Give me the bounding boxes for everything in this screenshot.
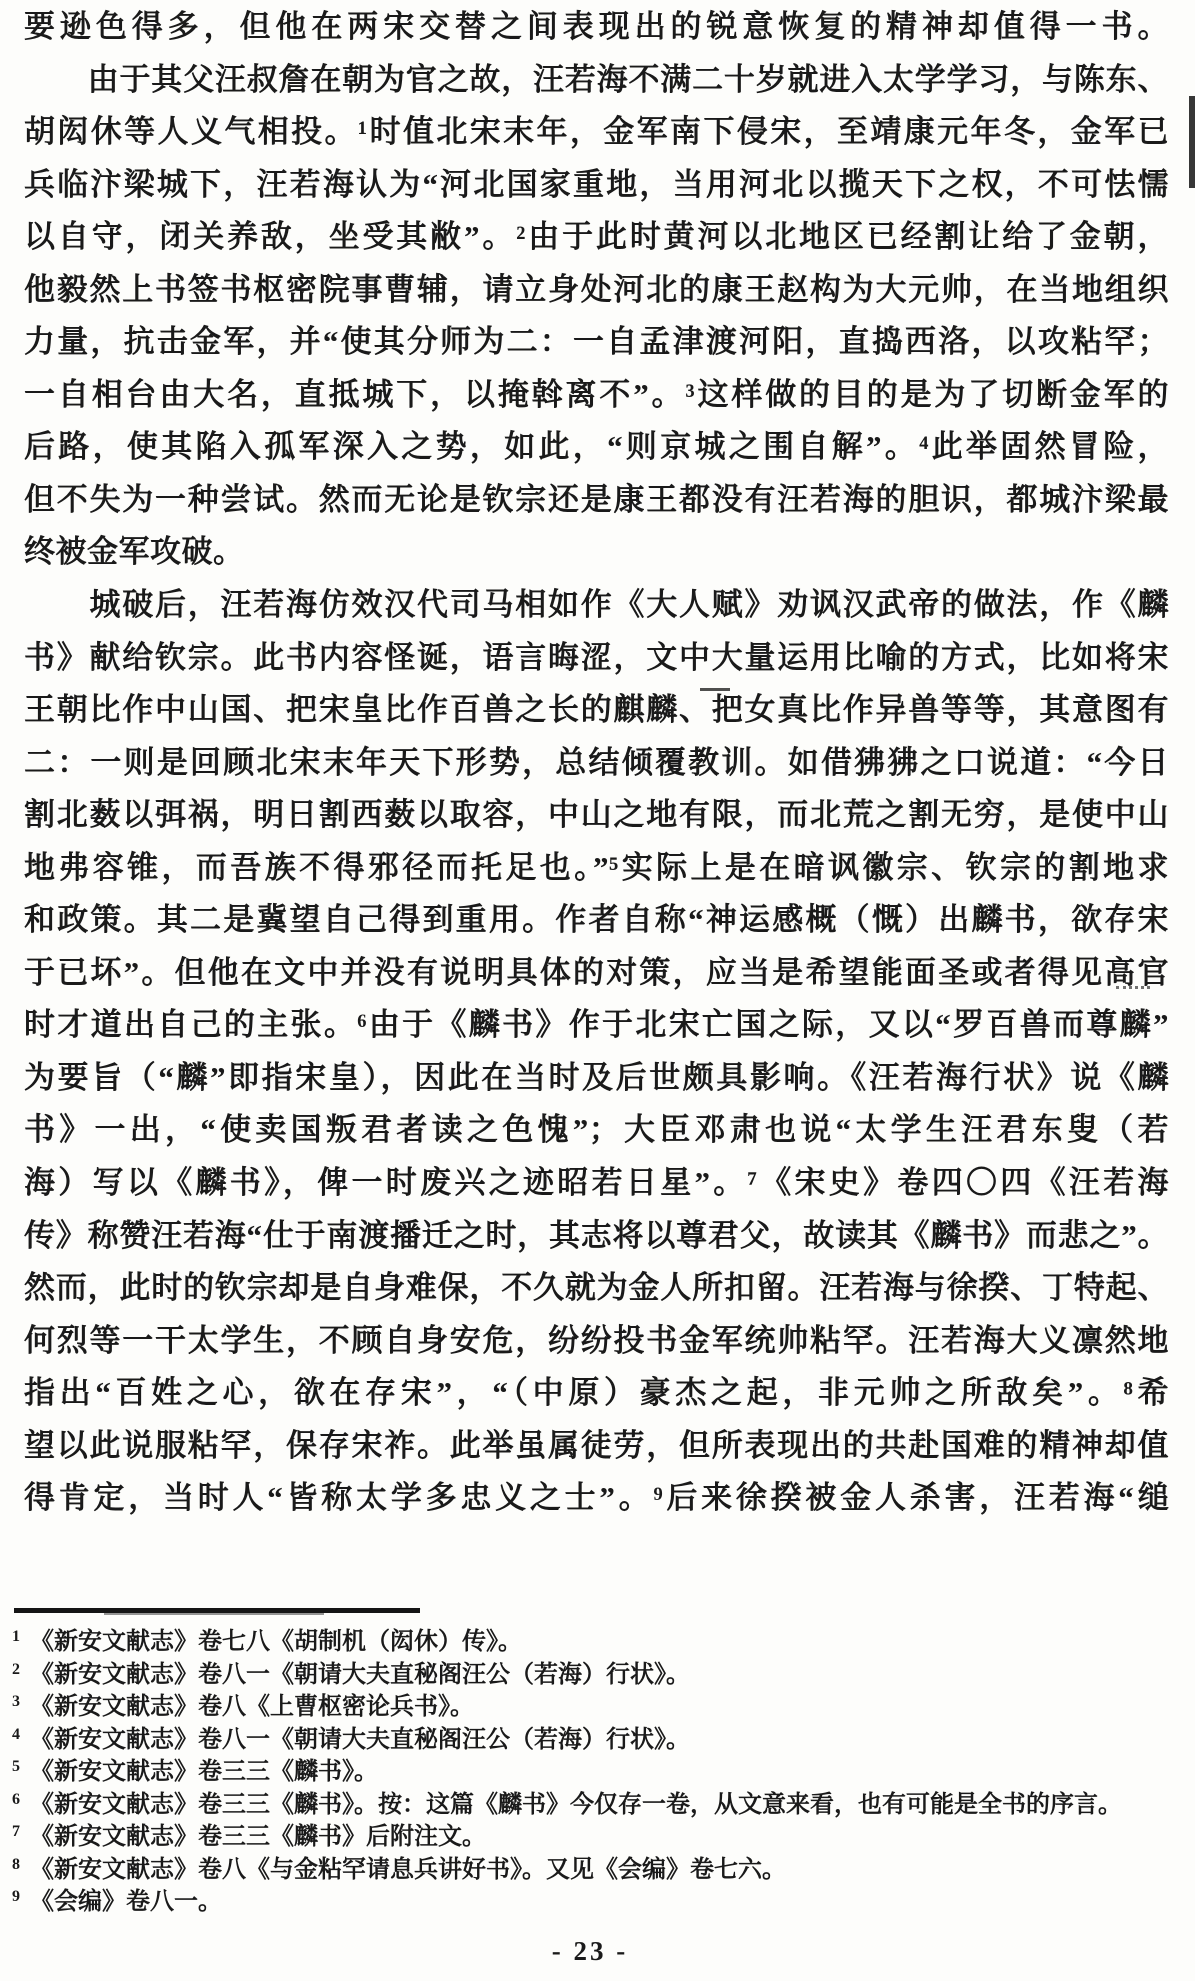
footnote-text: 《新安文献志》卷八一《朝请大夫直秘阁汪公（若海）行状》。 — [30, 1727, 690, 1753]
footnote-divider — [14, 1608, 420, 1613]
book-page: 要逊色得多，但他在两宋交替之间表现出的锐意恢复的精神却值得一书。 由于其父汪叔詹… — [0, 0, 1195, 1981]
footnote-item: 2《新安文献志》卷八一《朝请大夫直秘阁汪公（若海）行状》。 — [12, 1659, 1181, 1692]
text-line: 以自守，闭关养敌，坐受其敝”。²由于此时黄河以北地区已经割让给了金朝， — [24, 211, 1169, 264]
footnote-number: 5 — [12, 1756, 24, 1784]
footnote-text: 《新安文献志》卷三三《麟书》。按：这篇《麟书》今仅存一卷，从文意来看，也有可能是… — [30, 1792, 1122, 1818]
footnote-item: 5《新安文献志》卷三三《麟书》。 — [12, 1756, 1181, 1789]
text-line: 二：一则是回顾北宋末年天下形势，总结倾覆教训。如借狒狒之口说道：“今日 — [24, 737, 1169, 790]
text-line: 于已坏”。但他在文中并没有说明具体的对策，应当是希望能面圣或者得见高官 — [24, 947, 1169, 1000]
text-line: 要逊色得多，但他在两宋交替之间表现出的锐意恢复的精神却值得一书。 — [24, 1, 1169, 54]
footnote-text: 《新安文献志》卷三三《麟书》后附注文。 — [30, 1824, 486, 1850]
footnote-text: 《新安文献志》卷八《与金粘罕请息兵讲好书》。又见《会编》卷七六。 — [30, 1857, 786, 1883]
footnote-text: 《新安文献志》卷三三《麟书》。 — [30, 1759, 378, 1785]
text-line: 书》献给钦宗。此书内容怪诞，语言晦涩，文中大量运用比喻的方式，比如将宋 — [24, 632, 1169, 685]
footnote-text: 《新安文献志》卷八一《朝请大夫直秘阁汪公（若海）行状》。 — [30, 1662, 690, 1688]
text-line: 力量，抗击金军，并“使其分师为二：一自孟津渡河阳，直捣西洛，以攻粘罕； — [24, 316, 1169, 369]
text-line: 海）写以《麟书》，俾一时废兴之迹昭若日星”。⁷《宋史》卷四〇四《汪若海 — [24, 1157, 1169, 1210]
text-line: 他毅然上书签书枢密院事曹辅，请立身处河北的康王赵构为大元帅，在当地组织 — [24, 264, 1169, 317]
text-line: 为要旨（“麟”即指宋皇），因此在当时及后世颇具影响。《汪若海行状》说《麟 — [24, 1052, 1169, 1105]
scan-edge-artifact — [1189, 96, 1195, 188]
footnote-text: 《新安文献志》卷七八《胡制机（闳休）传》。 — [30, 1629, 522, 1655]
footnote-item: 7《新安文献志》卷三三《麟书》后附注文。 — [12, 1821, 1181, 1854]
footnote-item: 9《会编》卷八一。 — [12, 1886, 1181, 1919]
text-line: 和政策。其二是冀望自己得到重用。作者自称“神运感概（慨）出麟书，欲存宋 — [24, 894, 1169, 947]
text-line: 地弗容锥，而吾族不得邪径而托足也。”⁵实际上是在暗讽徽宗、钦宗的割地求 — [24, 842, 1169, 895]
footnote-number: 7 — [12, 1821, 24, 1849]
text-line: 书》一出，“使卖国叛君者读之色愧”；大臣邓肃也说“太学生汪君东叟（若 — [24, 1104, 1169, 1157]
footnote-number: 6 — [12, 1789, 24, 1817]
footnote-item: 6《新安文献志》卷三三《麟书》。按：这篇《麟书》今仅存一卷，从文意来看，也有可能… — [12, 1789, 1181, 1822]
footnote-item: 1《新安文献志》卷七八《胡制机（闳休）传》。 — [12, 1626, 1181, 1659]
scan-mark-artifact — [700, 688, 730, 691]
main-text: 要逊色得多，但他在两宋交替之间表现出的锐意恢复的精神却值得一书。 由于其父汪叔詹… — [24, 1, 1169, 1525]
text-line: 一自相台由大名，直抵城下，以掩斡离不”。³这样做的目的是为了切断金军的 — [24, 369, 1169, 422]
footnote-number: 8 — [12, 1854, 24, 1882]
text-line: 割北薮以弭祸，明日割西薮以取容，中山之地有限，而北荒之割无穷，是使中山 — [24, 789, 1169, 842]
page-number: - 23 - — [0, 1936, 1180, 1967]
footnote-item: 3《新安文献志》卷八《上曹枢密论兵书》。 — [12, 1691, 1181, 1724]
text-line: 但不失为一种尝试。然而无论是钦宗还是康王都没有汪若海的胆识，都城汴梁最 — [24, 474, 1169, 527]
text-line: 时才道出自己的主张。⁶由于《麟书》作于北宋亡国之际，又以“罗百兽而尊麟” — [24, 999, 1169, 1052]
text-line: 然而，此时的钦宗却是自身难保，不久就为金人所扣留。汪若海与徐揆、丁特起、 — [24, 1262, 1169, 1315]
text-line: 何烈等一干太学生，不顾自身安危，纷纷投书金军统帅粘罕。汪若海大义凛然地 — [24, 1315, 1169, 1368]
text-line: 胡闳休等人义气相投。¹时值北宋末年，金军南下侵宋，至靖康元年冬，金军已 — [24, 106, 1169, 159]
footnote-item: 8《新安文献志》卷八《与金粘罕请息兵讲好书》。又见《会编》卷七六。 — [12, 1854, 1181, 1887]
text-line: 兵临汴梁城下，汪若海认为“河北国家重地，当用河北以揽天下之权，不可怯懦 — [24, 159, 1169, 212]
footnote-text: 《会编》卷八一。 — [30, 1889, 222, 1915]
footnote-item: 4《新安文献志》卷八一《朝请大夫直秘阁汪公（若海）行状》。 — [12, 1724, 1181, 1757]
footnote-number: 4 — [12, 1724, 24, 1752]
text-line: 后路，使其陷入孤军深入之势，如此，“则京城之围自解”。⁴此举固然冒险， — [24, 421, 1169, 474]
text-line: 传》称赞汪若海“仕于南渡播迁之时，其志将以尊君父，故读其《麟书》而悲之”。 — [24, 1210, 1169, 1263]
footnote-number: 2 — [12, 1659, 24, 1687]
text-line: 望以此说服粘罕，保存宋祚。此举虽属徒劳，但所表现出的共赴国难的精神却值 — [24, 1420, 1169, 1473]
text-line: 城破后，汪若海仿效汉代司马相如作《大人赋》劝讽汉武帝的做法，作《麟 — [24, 579, 1169, 632]
footnote-number: 9 — [12, 1886, 24, 1914]
footnotes-section: 1《新安文献志》卷七八《胡制机（闳休）传》。2《新安文献志》卷八一《朝请大夫直秘… — [12, 1626, 1181, 1919]
text-line: 得肯定，当时人“皆称太学多忠义之士”。⁹后来徐揆被金人杀害，汪若海“缒 — [24, 1472, 1169, 1525]
footnote-number: 1 — [12, 1626, 24, 1654]
text-line: 王朝比作中山国、把宋皇比作百兽之长的麒麟、把女真比作异兽等等，其意图有 — [24, 684, 1169, 737]
footnote-number: 3 — [12, 1691, 24, 1719]
text-line: 指出“百姓之心，欲在存宋”，“（中原）豪杰之起，非元帅之所敌矣”。⁸希 — [24, 1367, 1169, 1420]
footnote-text: 《新安文献志》卷八《上曹枢密论兵书》。 — [30, 1694, 474, 1720]
text-line: 由于其父汪叔詹在朝为官之故，汪若海不满二十岁就进入太学学习，与陈东、 — [24, 54, 1169, 107]
scan-dots-artifact — [1116, 982, 1150, 989]
text-line: 终被金军攻破。 — [24, 526, 1169, 579]
